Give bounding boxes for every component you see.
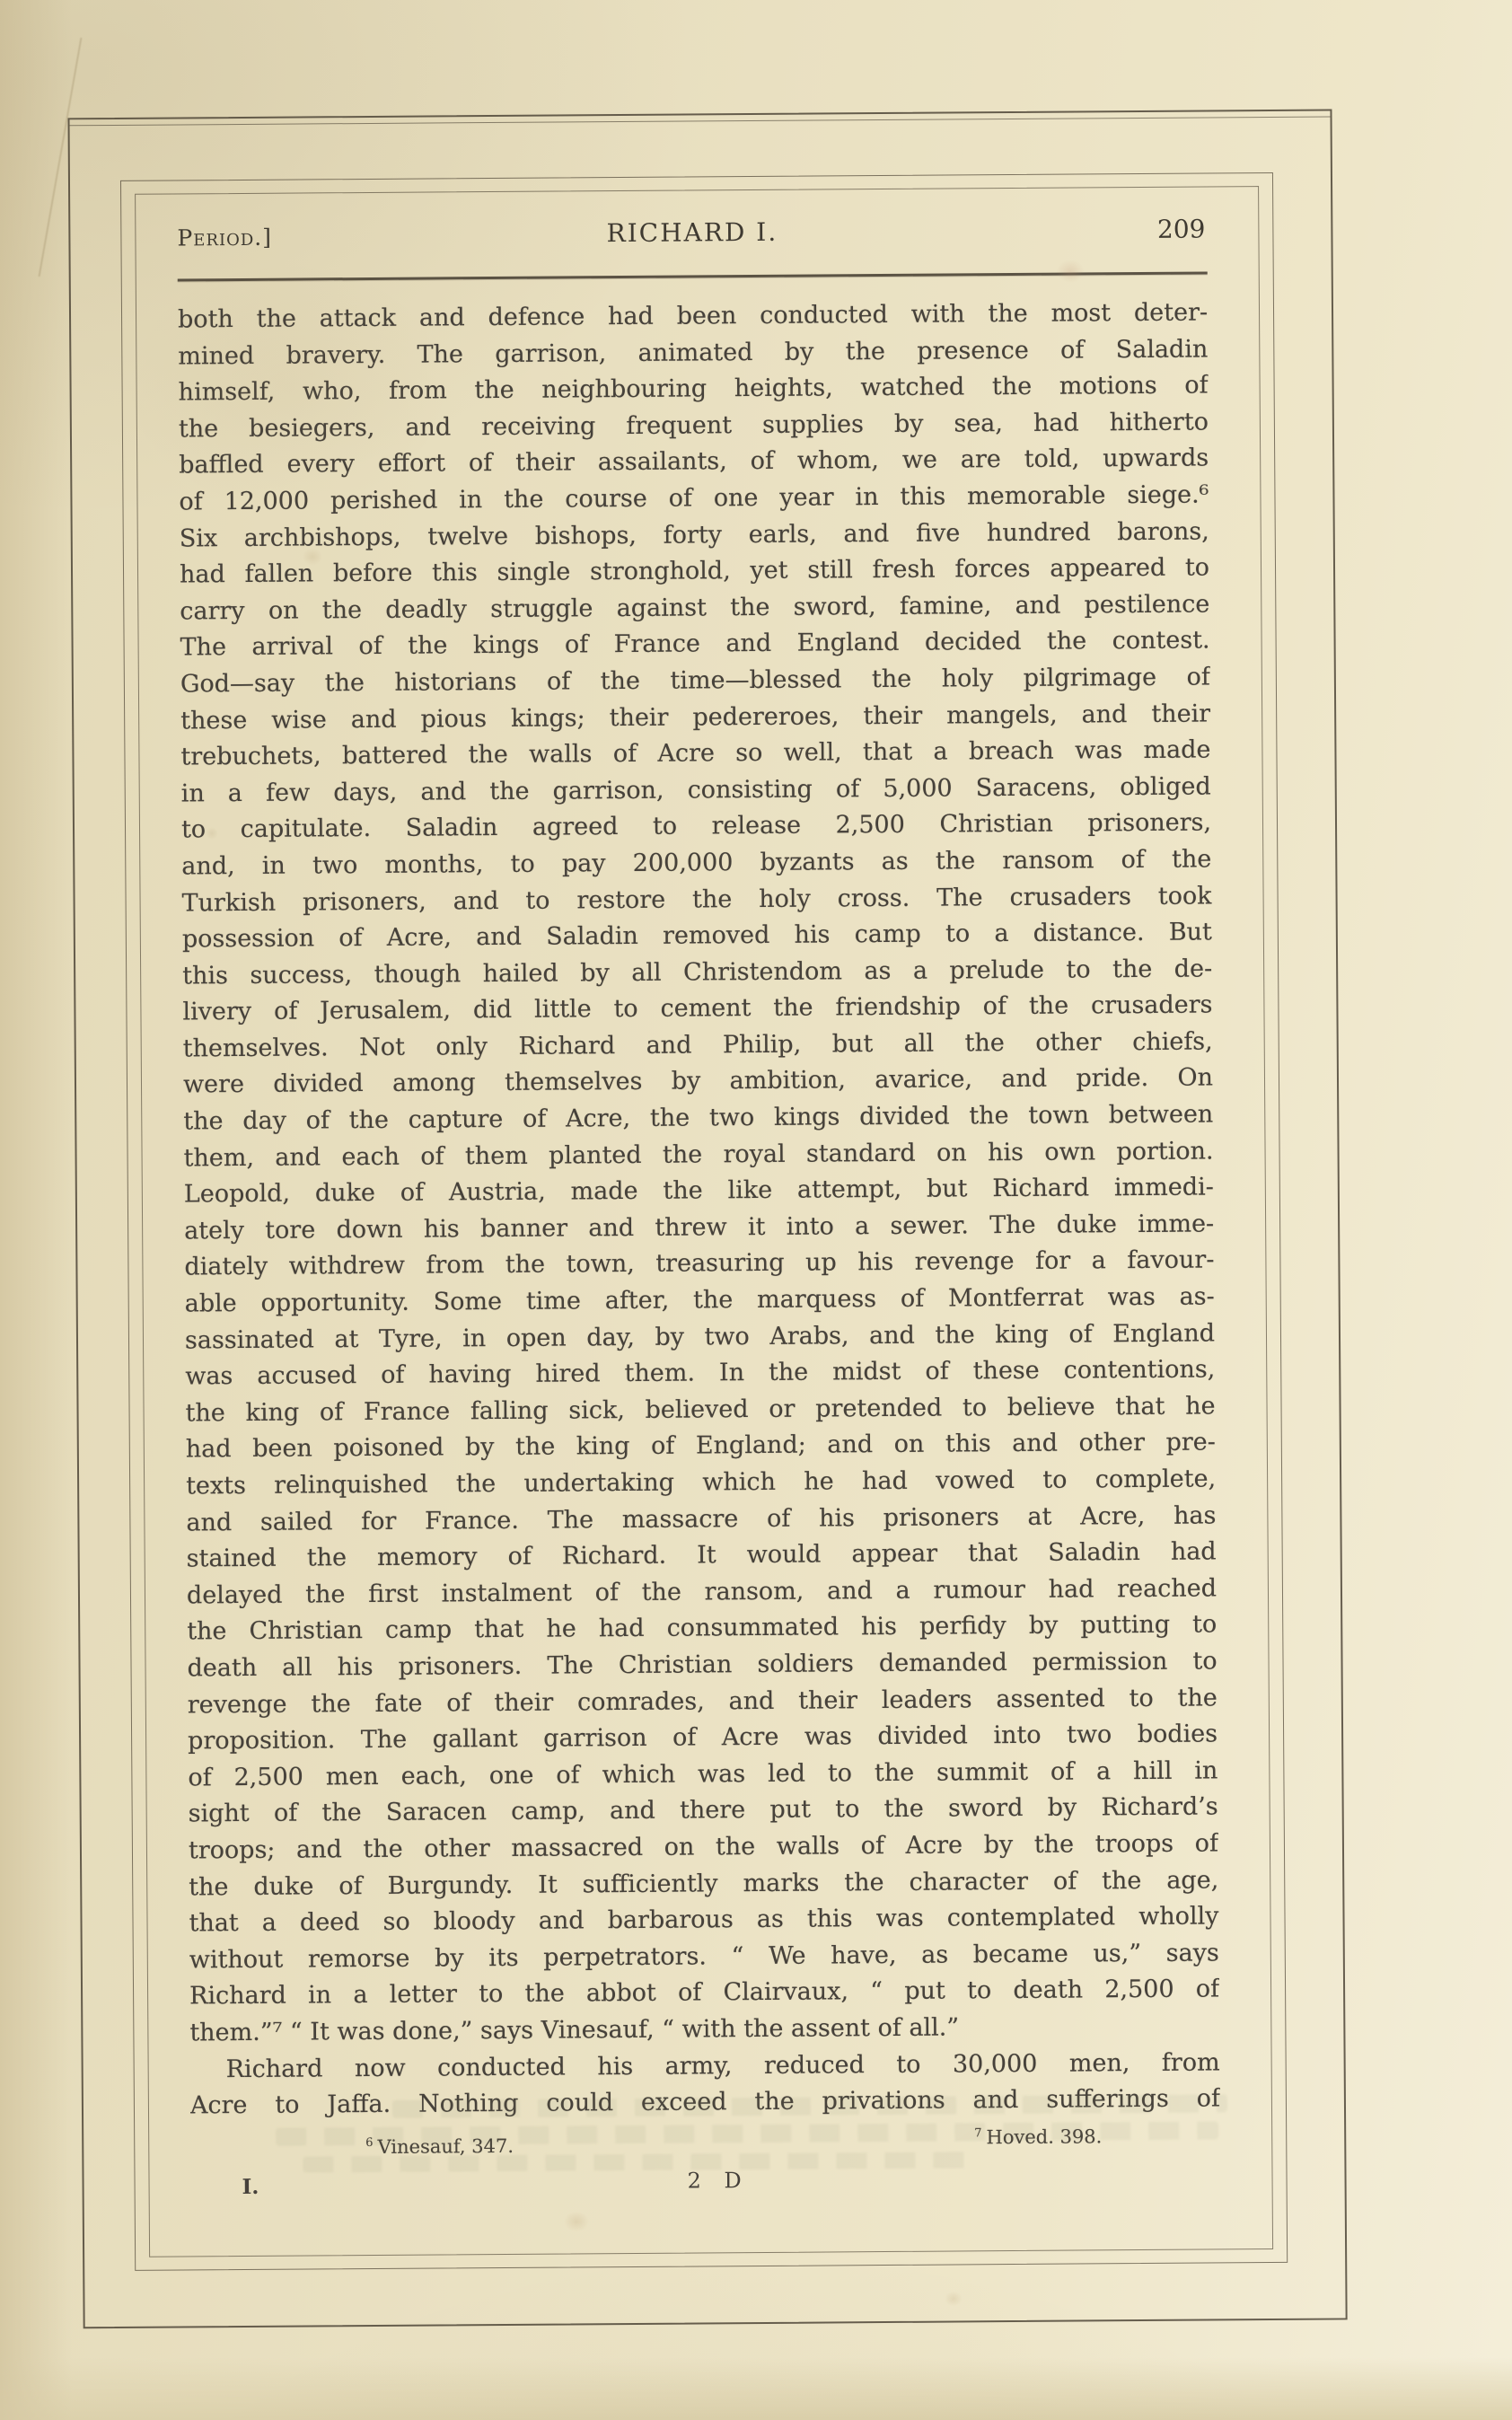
- body-text: both the attack and defence had been con…: [178, 295, 1220, 2125]
- page-number: 209: [1157, 214, 1206, 243]
- scan-tilt-group: Period.] RICHARD I. 209 both the attack …: [0, 0, 1512, 2420]
- scanned-book-page: Period.] RICHARD I. 209 both the attack …: [0, 0, 1512, 2420]
- body-line: Richard in a letter to the abbot of Clai…: [189, 1972, 1219, 2016]
- footnote-hoveden: 7Hoved. 398.: [974, 2125, 1102, 2148]
- footnote-vinesauf: 6Vinesauf, 347.: [365, 2135, 514, 2158]
- running-head: Period.] RICHARD I. 209: [177, 214, 1207, 257]
- footnote-marker: 6: [365, 2136, 373, 2150]
- gathering-signature: 2 D: [687, 2168, 749, 2193]
- footnote-text: Hoved. 398.: [986, 2125, 1102, 2148]
- footnote-text: Vinesauf, 347.: [377, 2135, 514, 2158]
- page-title: RICHARD I.: [177, 214, 1207, 251]
- volume-signature: I.: [242, 2175, 259, 2199]
- footnote-marker: 7: [974, 2126, 981, 2140]
